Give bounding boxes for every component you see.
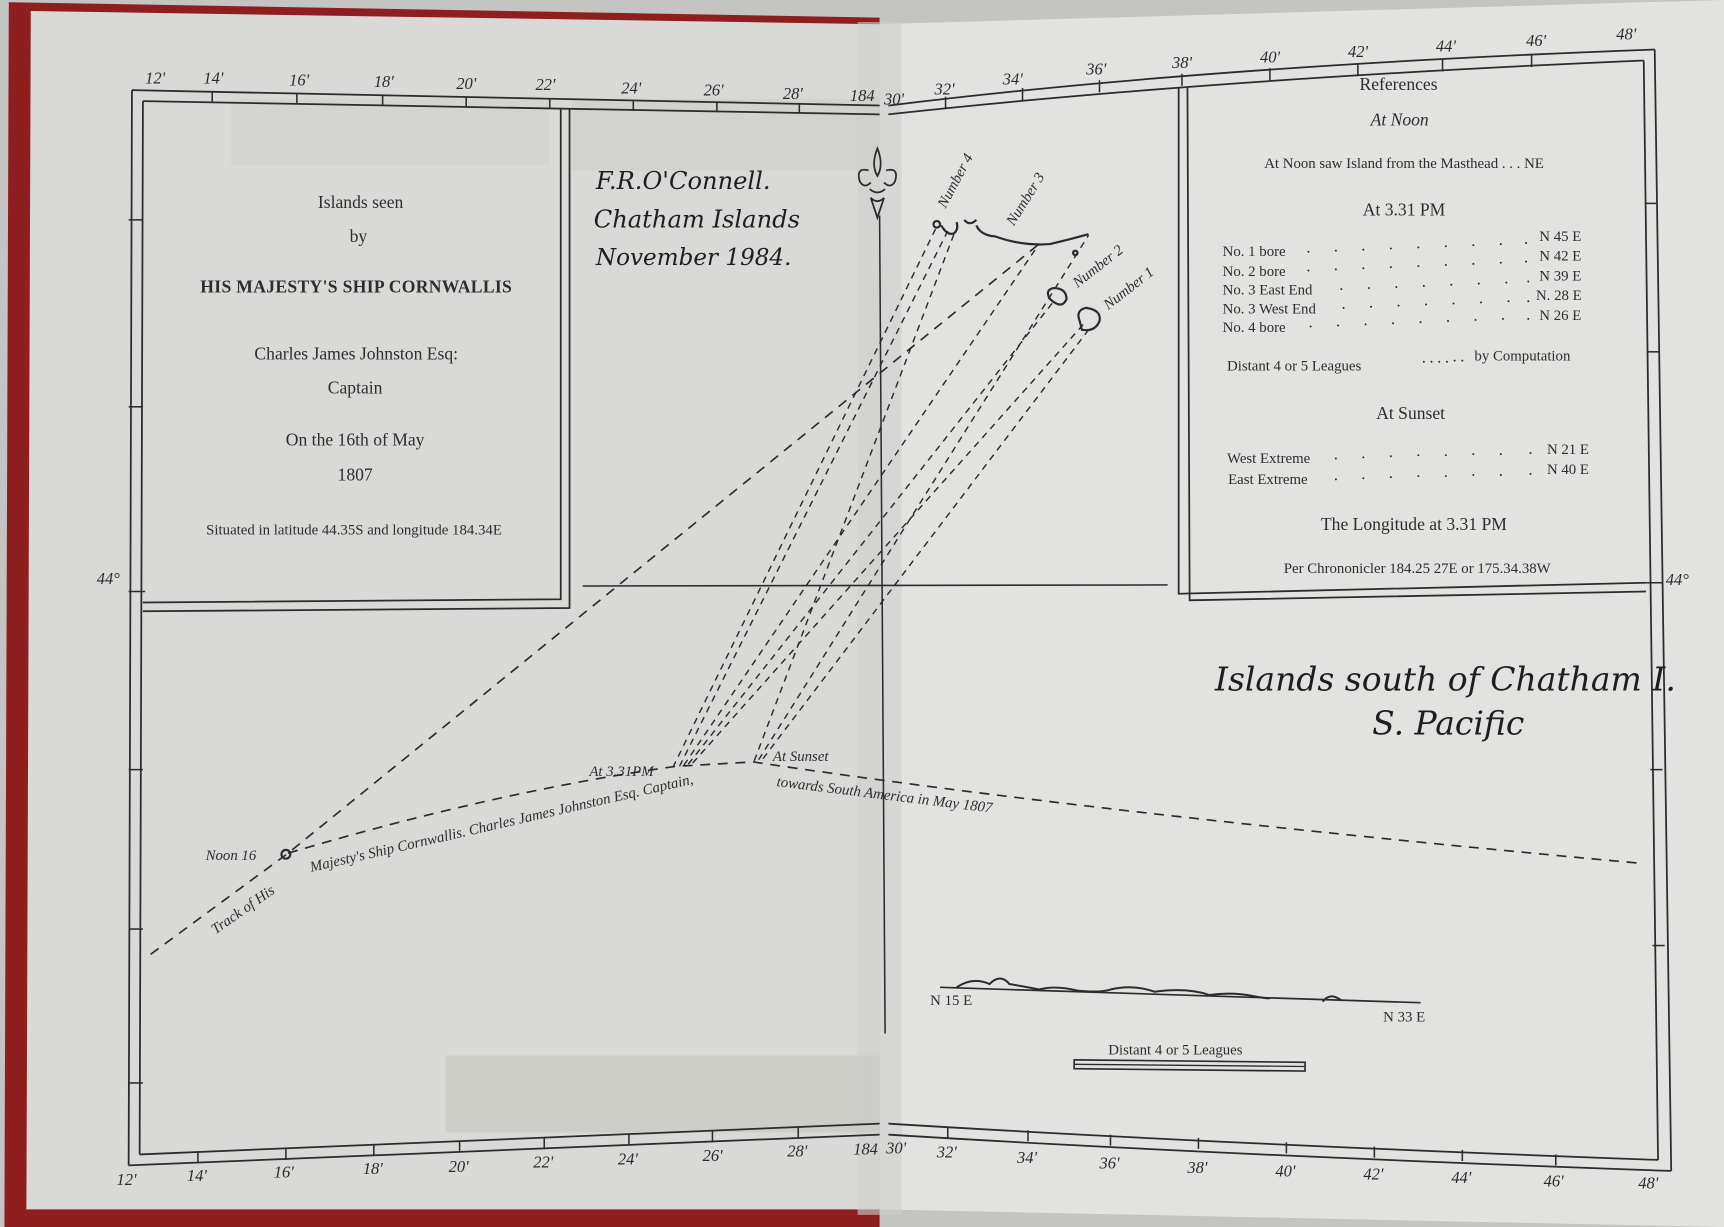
svg-text:34': 34' xyxy=(1002,70,1023,89)
svg-text:12': 12' xyxy=(145,69,165,88)
at-331pm-label: At 3.31PM xyxy=(588,764,655,780)
svg-text:N. 28 E: N. 28 E xyxy=(1536,288,1582,304)
svg-text:36': 36' xyxy=(1098,1154,1119,1173)
svg-text:26': 26' xyxy=(703,1146,723,1165)
svg-text:F.R.O'Connell.: F.R.O'Connell. xyxy=(595,167,771,195)
svg-text:1807: 1807 xyxy=(338,464,373,484)
svg-text:Islands seen: Islands seen xyxy=(318,192,404,212)
svg-text:12': 12' xyxy=(117,1170,137,1189)
svg-text:24': 24' xyxy=(621,78,641,97)
svg-text:The Longitude at 3.31 PM: The Longitude at 3.31 PM xyxy=(1321,514,1507,534)
latitude-label-right: 44° xyxy=(1666,570,1689,589)
svg-text:No. 3 East End: No. 3 East End xyxy=(1223,283,1313,299)
svg-text:N 39 E: N 39 E xyxy=(1539,268,1581,284)
scale-caption: Distant 4 or 5 Leagues xyxy=(1108,1042,1242,1058)
handwritten-inscription: F.R.O'Connell. Chatham Islands November … xyxy=(594,167,800,271)
svg-text:28': 28' xyxy=(783,84,803,103)
svg-text:N 42 E: N 42 E xyxy=(1539,249,1581,265)
svg-text:34': 34' xyxy=(1016,1148,1037,1167)
svg-text:On the 16th of May: On the 16th of May xyxy=(286,429,425,449)
noon-label: Noon 16 xyxy=(205,848,257,864)
svg-text:184: 184 xyxy=(853,1139,878,1158)
svg-text:No. 1 bore: No. 1 bore xyxy=(1223,244,1286,260)
right-page xyxy=(880,0,1724,1227)
svg-text:No. 2 bore: No. 2 bore xyxy=(1223,264,1286,280)
svg-text:14': 14' xyxy=(203,69,223,88)
svg-text:November 1984.: November 1984. xyxy=(595,245,792,271)
svg-text:16': 16' xyxy=(274,1163,294,1182)
svg-text:No. 4 bore: No. 4 bore xyxy=(1223,320,1286,336)
svg-text:22': 22' xyxy=(533,1153,553,1172)
profile-right-bearing: N 33 E xyxy=(1383,1009,1425,1025)
svg-text:N 26 E: N 26 E xyxy=(1539,308,1581,324)
svg-text:32': 32' xyxy=(936,1143,957,1162)
svg-text:At Noon: At Noon xyxy=(1370,109,1429,129)
svg-text:48': 48' xyxy=(1638,1174,1658,1193)
svg-text:HIS MAJESTY'S SHIP CORNWALLIS: HIS MAJESTY'S SHIP CORNWALLIS xyxy=(200,276,512,296)
svg-text:S. Pacific: S. Pacific xyxy=(1372,703,1524,742)
svg-text:Per Chrononicler 184.25 27E o: Per Chrononicler 184.25 27E or 175.34.38… xyxy=(1284,561,1551,577)
svg-text:46': 46' xyxy=(1526,31,1546,50)
svg-text:At Sunset: At Sunset xyxy=(1376,403,1445,423)
svg-text:At Noon saw Island from the Ma: At Noon saw Island from the Masthead . .… xyxy=(1264,156,1544,172)
svg-text:42': 42' xyxy=(1363,1165,1383,1184)
svg-text:44': 44' xyxy=(1451,1168,1471,1187)
svg-text:Charles James Johnston Esq:: Charles James Johnston Esq: xyxy=(254,344,458,364)
svg-text:At 3.31 PM: At 3.31 PM xyxy=(1363,199,1446,219)
svg-text:38': 38' xyxy=(1171,53,1192,72)
svg-text:30': 30' xyxy=(883,89,904,108)
svg-text:West Extreme: West Extreme xyxy=(1227,451,1311,467)
latitude-line xyxy=(583,585,1168,586)
svg-text:N 21 E: N 21 E xyxy=(1547,442,1589,458)
svg-text:40': 40' xyxy=(1275,1161,1295,1180)
svg-text:44': 44' xyxy=(1436,37,1456,56)
svg-text:18': 18' xyxy=(374,72,394,91)
svg-text:16': 16' xyxy=(289,71,309,90)
svg-text:32': 32' xyxy=(934,80,955,99)
svg-text:Distant 4 or 5 Leagues: Distant 4 or 5 Leagues xyxy=(1227,359,1361,375)
svg-text:No. 3 West End: No. 3 West End xyxy=(1223,301,1317,317)
svg-text:24': 24' xyxy=(618,1149,638,1168)
svg-text:East Extreme: East Extreme xyxy=(1228,472,1308,488)
svg-text:46': 46' xyxy=(1544,1171,1564,1190)
svg-text:Chatham Islands: Chatham Islands xyxy=(594,206,800,234)
svg-text:18': 18' xyxy=(363,1159,383,1178)
svg-text:References: References xyxy=(1360,74,1438,94)
svg-text:by Computation: by Computation xyxy=(1474,349,1571,365)
svg-text:26': 26' xyxy=(704,81,724,100)
svg-text:Situated in latitude 44.35S an: Situated in latitude 44.35S and longitud… xyxy=(206,522,502,538)
svg-text:N 40 E: N 40 E xyxy=(1547,462,1589,478)
svg-text:38': 38' xyxy=(1186,1158,1207,1177)
svg-text:Captain: Captain xyxy=(328,378,383,398)
profile-left-bearing: N 15 E xyxy=(930,993,972,1009)
svg-text:36': 36' xyxy=(1085,60,1106,79)
svg-text:N 45 E: N 45 E xyxy=(1539,229,1581,245)
at-sunset-label: At Sunset xyxy=(772,749,829,765)
svg-text:30': 30' xyxy=(885,1138,906,1157)
svg-text:14': 14' xyxy=(187,1166,207,1185)
chart-map: 12' 14' 16' 18' 20' 22' 24' 26' 28' 184 … xyxy=(0,0,1724,1227)
svg-text:42': 42' xyxy=(1348,42,1368,61)
book-spread-photo: 12' 14' 16' 18' 20' 22' 24' 26' 28' 184 … xyxy=(0,0,1724,1227)
svg-text:20': 20' xyxy=(456,74,476,93)
latitude-label-left: 44° xyxy=(97,569,120,588)
svg-text:40': 40' xyxy=(1260,48,1280,67)
svg-text:48': 48' xyxy=(1616,25,1636,44)
tape-mark xyxy=(445,1055,879,1132)
svg-text:184: 184 xyxy=(850,86,875,105)
svg-text:Islands south of Chatham I.: Islands south of Chatham I. xyxy=(1214,659,1676,698)
svg-text:22': 22' xyxy=(535,75,555,94)
svg-text:28': 28' xyxy=(787,1142,807,1161)
svg-text:by: by xyxy=(350,226,368,246)
svg-text:20': 20' xyxy=(449,1157,469,1176)
